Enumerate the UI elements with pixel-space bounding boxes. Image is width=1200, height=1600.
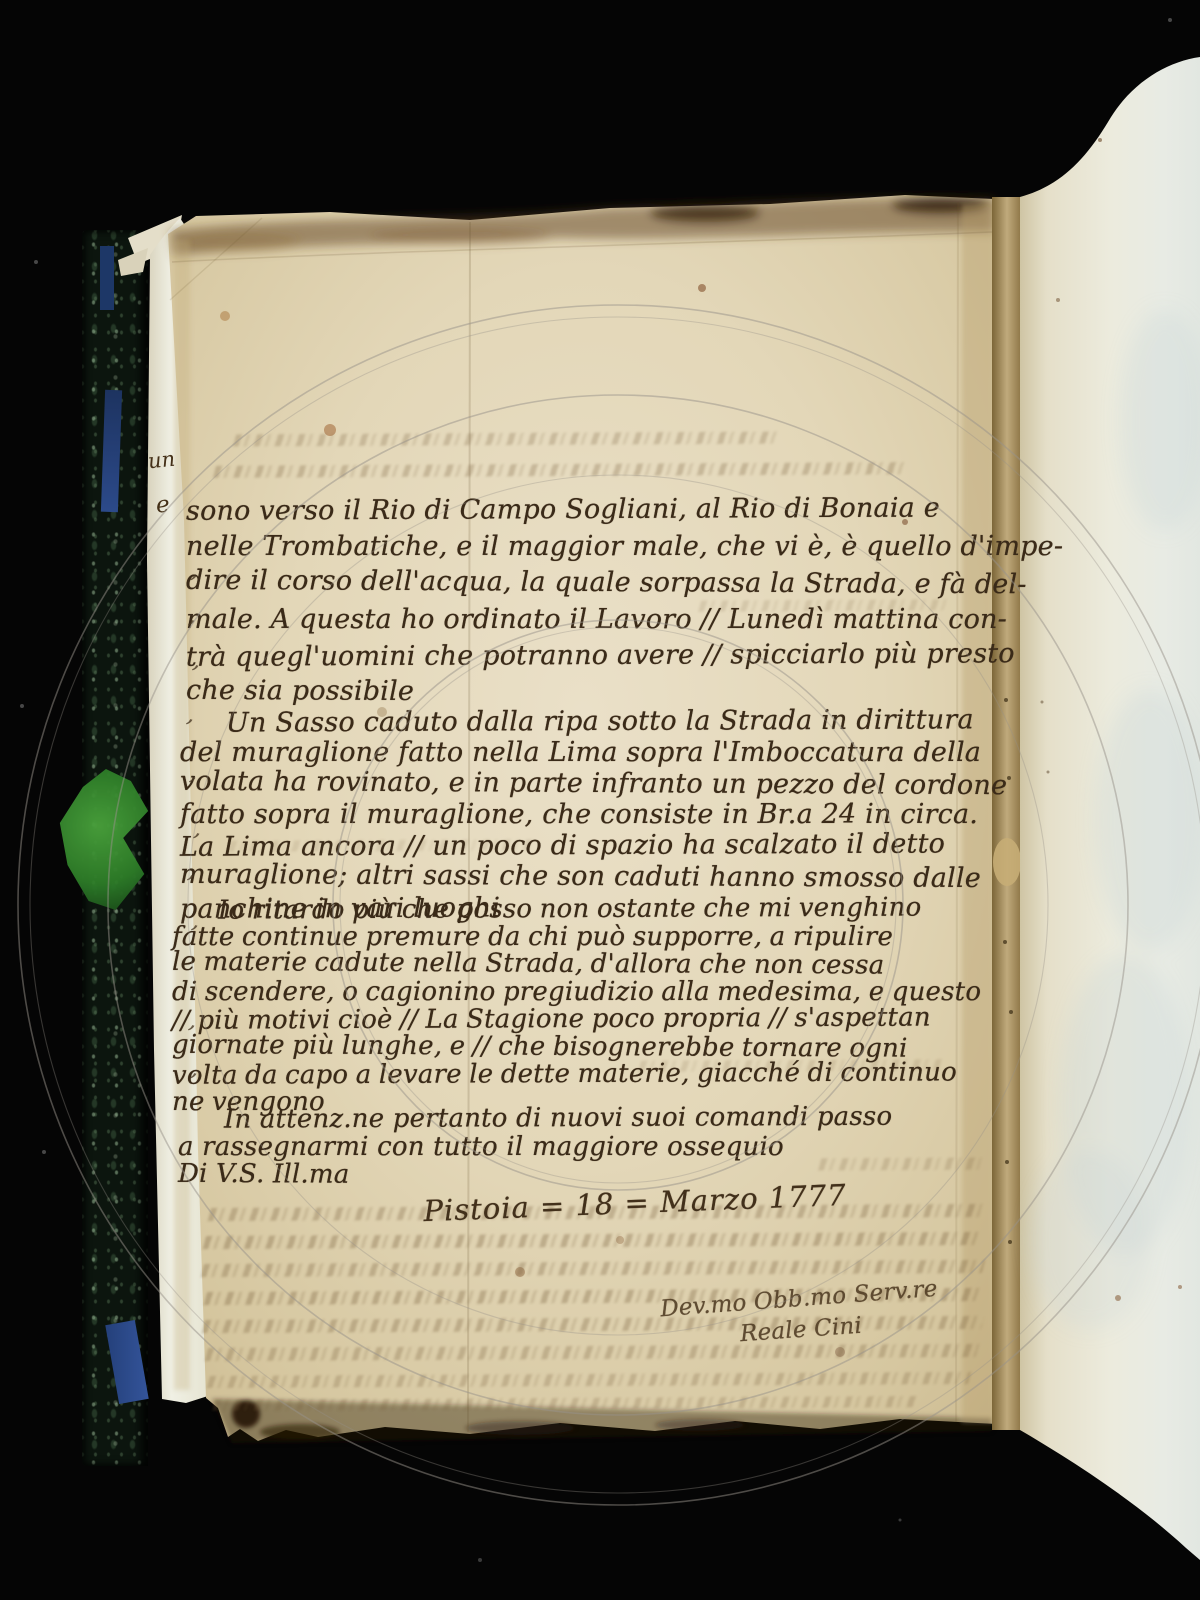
handwritten-line: nelle Trombatiche, e il maggior male, ch… [186, 529, 1016, 566]
margin-fragment: e [155, 492, 170, 519]
paragraph: Un Sasso caduto dalla ripa sotto la Stra… [180, 706, 1010, 923]
letter-text-layer: sono verso il Rio di Campo Sogliani, al … [0, 0, 1200, 1600]
handwritten-line: male. A questa ho ordinato il Lavoro // … [186, 602, 1016, 639]
handwritten-line: La Lima ancora // un poco di spazio ha s… [180, 828, 1010, 863]
handwritten-line: trà quegl'uomini che potranno avere // s… [186, 636, 1016, 676]
handwritten-line: dire il corso dell'acqua, la quale sorpa… [186, 563, 1016, 604]
margin-fragment: un [147, 447, 176, 474]
handwritten-line: Io ritardo più che posso non ostante che… [172, 894, 1002, 925]
handwritten-line: sono verso il Rio di Campo Sogliani, al … [186, 490, 1016, 530]
handwritten-line: del muraglione fatto nella Lima sopra l'… [180, 737, 1010, 768]
signature-block: Dev.mo Obb.mo Serv.re Reale Cini [638, 1273, 962, 1357]
handwritten-line: In attenz.ne pertanto di nuovi suoi coma… [178, 1102, 1008, 1135]
handwritten-line: volta da capo a levare le dette materie,… [172, 1059, 1002, 1090]
paragraph: Io ritardo più che posso non ostante che… [172, 896, 1002, 1116]
manuscript-photo: sono verso il Rio di Campo Sogliani, al … [0, 0, 1200, 1600]
handwritten-line: a rassegnarmi con tutto il maggiore osse… [178, 1133, 1008, 1162]
paragraph: In attenz.ne pertanto di nuovi suoi coma… [178, 1104, 1008, 1191]
handwritten-line: fatto sopra il muraglione, che consiste … [180, 799, 1010, 830]
handwritten-line: le materie cadute nella Strada, d'allora… [172, 949, 1002, 981]
handwritten-line: volata ha rovinato, e in parte infranto … [180, 766, 1010, 801]
paragraph: sono verso il Rio di Campo Sogliani, al … [186, 492, 1016, 711]
handwritten-line: muraglione; altri sassi che son caduti h… [180, 859, 1010, 894]
handwritten-line: Un Sasso caduto dalla ripa sotto la Stra… [180, 704, 1010, 739]
